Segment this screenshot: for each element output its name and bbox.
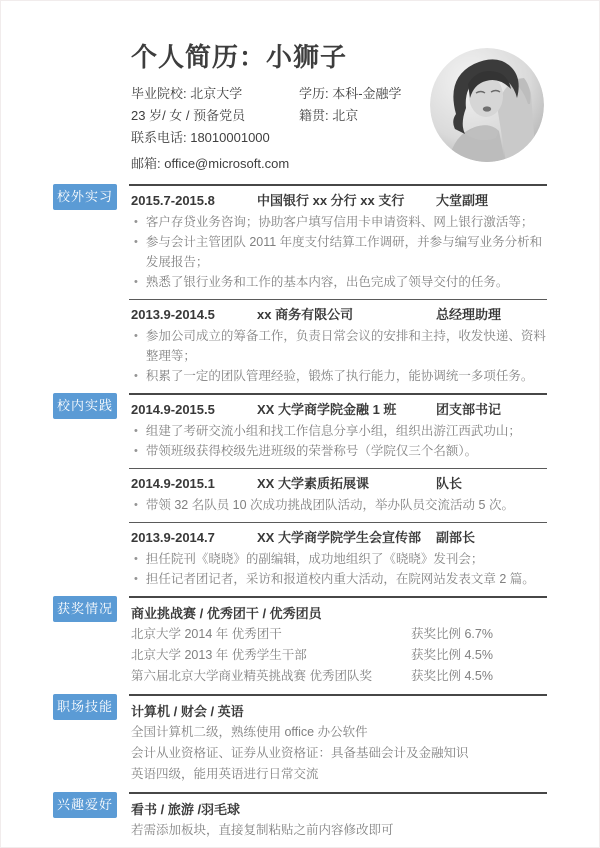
- bullet-text: 担任院刊《晓晓》的副编辑，成功地组织了《晓晓》发刊会；: [146, 549, 484, 569]
- award-ratio: 获奖比例 4.5%: [411, 645, 547, 666]
- bullet-item: •参与会计主管团队 2011 年度支付结算工作调研，并参与编写业务分析和发展报告…: [129, 232, 547, 272]
- section-content: 看书 / 旅游 /羽毛球若需添加板块，直接复制粘贴之前内容修改即可: [129, 792, 547, 848]
- info-row: 联系电话: 18010001000: [131, 127, 411, 149]
- section-sub-header: 看书 / 旅游 /羽毛球: [129, 800, 547, 820]
- bullet-item: •组建了考研交流小组和找工作信息分享小组，组织出游江西武功山；: [129, 421, 547, 441]
- section-label: 职场技能: [53, 694, 117, 720]
- section-sub-header: 商业挑战赛 / 优秀团干 / 优秀团员: [129, 604, 547, 624]
- bullet-dot: •: [134, 272, 138, 292]
- entry-bullet-list: •客户存贷业务咨询；协助客户填写信用卡申请资料、网上银行激活等；•参与会计主管团…: [129, 212, 547, 292]
- profile-photo: [430, 48, 544, 162]
- entry-bullet-list: •组建了考研交流小组和找工作信息分享小组，组织出游江西武功山；•带领班级获得校级…: [129, 421, 547, 461]
- entry-role: 副部长: [436, 528, 547, 548]
- section-label: 校外实习: [53, 184, 117, 210]
- bullet-item: •担任院刊《晓晓》的副编辑，成功地组织了《晓晓》发刊会；: [129, 549, 547, 569]
- award-name: 第六届北京大学商业精英挑战赛 优秀团队奖: [131, 666, 411, 687]
- section-校内实践: 校内实践2014.9-2015.5XX 大学商学院金融 1 班团支部书记•组建了…: [53, 393, 547, 596]
- entry-bullet-list: •担任院刊《晓晓》的副编辑，成功地组织了《晓晓》发刊会；•担任记者团记者，采访和…: [129, 549, 547, 589]
- bullet-text: 参加公司成立的筹备工作，负责日常会议的安排和主持，收发快递、资料整理等；: [146, 326, 547, 366]
- info-right-text: 学历: 本科-金融学: [299, 83, 402, 105]
- bullet-item: •带领 32 名队员 10 次成功挑战团队活动，举办队员交流活动 5 次。: [129, 495, 547, 515]
- entry-date: 2013.9-2014.5: [131, 305, 257, 325]
- bullet-dot: •: [134, 495, 138, 515]
- bullet-item: •担任记者团记者，采访和报道校内重大活动，在院网站发表文章 2 篇。: [129, 569, 547, 589]
- section-获奖情况: 获奖情况商业挑战赛 / 优秀团干 / 优秀团员北京大学 2014 年 优秀团干获…: [53, 596, 547, 694]
- resume-sections: 校外实习2015.7-2015.8中国银行 xx 分行 xx 支行大堂副理•客户…: [53, 184, 547, 848]
- bullet-dot: •: [134, 326, 138, 366]
- bullet-dot: •: [134, 421, 138, 441]
- entry-date: 2013.9-2014.7: [131, 528, 257, 548]
- entry-header: 2014.9-2015.5XX 大学商学院金融 1 班团支部书记: [129, 400, 547, 420]
- bullet-dot: •: [134, 366, 138, 386]
- bullet-dot: •: [134, 232, 138, 272]
- entry-organization: XX 大学商学院学生会宣传部: [257, 528, 436, 548]
- resume-page: 个人简历：小狮子 毕业院校: 北京大学学历: 本科-金融学23 岁/ 女 / 预…: [0, 0, 600, 848]
- section-sub-header: 计算机 / 财会 / 英语: [129, 702, 547, 722]
- section-content: 2014.9-2015.5XX 大学商学院金融 1 班团支部书记•组建了考研交流…: [129, 393, 547, 596]
- info-left-text: 毕业院校: 北京大学: [131, 83, 299, 105]
- section-label: 校内实践: [53, 393, 117, 419]
- section-content: 2015.7-2015.8中国银行 xx 分行 xx 支行大堂副理•客户存贷业务…: [129, 184, 547, 393]
- award-row: 北京大学 2013 年 优秀学生干部获奖比例 4.5%: [129, 645, 547, 666]
- entry-organization: XX 大学商学院金融 1 班: [257, 400, 436, 420]
- award-name: 北京大学 2014 年 优秀团干: [131, 624, 411, 645]
- section-职场技能: 职场技能计算机 / 财会 / 英语全国计算机二级，熟练使用 office 办公软…: [53, 694, 547, 792]
- bullet-text: 组建了考研交流小组和找工作信息分享小组，组织出游江西武功山；: [146, 421, 521, 441]
- bullet-text: 带领 32 名队员 10 次成功挑战团队活动，举办队员交流活动 5 次。: [146, 495, 514, 515]
- info-left-text: 邮箱: office@microsoft.com: [131, 153, 299, 175]
- award-row: 北京大学 2014 年 优秀团干获奖比例 6.7%: [129, 624, 547, 645]
- award-ratio: 获奖比例 6.7%: [411, 624, 547, 645]
- bullet-text: 担任记者团记者，采访和报道校内重大活动，在院网站发表文章 2 篇。: [146, 569, 535, 589]
- entry-divider: [129, 522, 547, 523]
- info-row: 毕业院校: 北京大学学历: 本科-金融学: [131, 83, 411, 105]
- bullet-item: •客户存贷业务咨询；协助客户填写信用卡申请资料、网上银行激活等；: [129, 212, 547, 232]
- bullet-text: 积累了一定的团队管理经验，锻炼了执行能力，能协调统一多项任务。: [146, 366, 534, 386]
- entry-divider: [129, 468, 547, 469]
- section-line: 会计从业资格证、证券从业资格证：具备基础会计及金融知识: [129, 743, 547, 764]
- entry-bullet-list: •带领 32 名队员 10 次成功挑战团队活动，举办队员交流活动 5 次。: [129, 495, 547, 515]
- portrait-photo-icon: [430, 48, 544, 162]
- section-校外实习: 校外实习2015.7-2015.8中国银行 xx 分行 xx 支行大堂副理•客户…: [53, 184, 547, 393]
- entry-role: 队长: [436, 474, 547, 494]
- entry-bullet-list: •参加公司成立的筹备工作，负责日常会议的安排和主持，收发快递、资料整理等；•积累…: [129, 326, 547, 386]
- info-left-text: 联系电话: 18010001000: [131, 127, 299, 149]
- bullet-item: •积累了一定的团队管理经验，锻炼了执行能力，能协调统一多项任务。: [129, 366, 547, 386]
- entry-header: 2013.9-2014.7XX 大学商学院学生会宣传部副部长: [129, 528, 547, 548]
- award-ratio: 获奖比例 4.5%: [411, 666, 547, 687]
- section-line: 英语四级，能用英语进行日常交流: [129, 764, 547, 785]
- entry-header: 2013.9-2014.5xx 商务有限公司总经理助理: [129, 305, 547, 325]
- section-content: 计算机 / 财会 / 英语全国计算机二级，熟练使用 office 办公软件会计从…: [129, 694, 547, 792]
- bullet-dot: •: [134, 569, 138, 589]
- section-content: 商业挑战赛 / 优秀团干 / 优秀团员北京大学 2014 年 优秀团干获奖比例 …: [129, 596, 547, 694]
- entry-role: 总经理助理: [436, 305, 547, 325]
- info-row: 邮箱: office@microsoft.com: [131, 153, 411, 175]
- award-name: 北京大学 2013 年 优秀学生干部: [131, 645, 411, 666]
- bullet-dot: •: [134, 441, 138, 461]
- bullet-text: 熟悉了银行业务和工作的基本内容，出色完成了领导交付的任务。: [146, 272, 509, 292]
- entry-role: 团支部书记: [436, 400, 547, 420]
- info-right-text: 籍贯: 北京: [299, 105, 358, 127]
- entry-header: 2014.9-2015.1XX 大学素质拓展课队长: [129, 474, 547, 494]
- section-line: 若需添加板块，直接复制粘贴之前内容修改即可: [129, 820, 547, 841]
- entry-date: 2015.7-2015.8: [131, 191, 257, 211]
- bullet-item: •熟悉了银行业务和工作的基本内容，出色完成了领导交付的任务。: [129, 272, 547, 292]
- entry-divider: [129, 299, 547, 300]
- bullet-dot: •: [134, 549, 138, 569]
- bullet-item: •带领班级获得校级先进班级的荣誉称号（学院仅三个名额）。: [129, 441, 547, 461]
- entry-organization: 中国银行 xx 分行 xx 支行: [257, 191, 436, 211]
- info-left-text: 23 岁/ 女 / 预备党员: [131, 105, 299, 127]
- info-row: 23 岁/ 女 / 预备党员籍贯: 北京: [131, 105, 411, 127]
- entry-organization: XX 大学素质拓展课: [257, 474, 436, 494]
- entry-date: 2014.9-2015.1: [131, 474, 257, 494]
- bullet-text: 客户存贷业务咨询；协助客户填写信用卡申请资料、网上银行激活等；: [146, 212, 534, 232]
- bullet-item: •参加公司成立的筹备工作，负责日常会议的安排和主持，收发快递、资料整理等；: [129, 326, 547, 366]
- page-title: 个人简历：小狮子: [131, 37, 347, 74]
- bullet-text: 带领班级获得校级先进班级的荣誉称号（学院仅三个名额）。: [146, 441, 477, 461]
- section-line: 全国计算机二级，熟练使用 office 办公软件: [129, 722, 547, 743]
- entry-role: 大堂副理: [436, 191, 547, 211]
- section-label: 获奖情况: [53, 596, 117, 622]
- section-label: 兴趣爱好: [53, 792, 117, 818]
- entry-organization: xx 商务有限公司: [257, 305, 436, 325]
- entry-header: 2015.7-2015.8中国银行 xx 分行 xx 支行大堂副理: [129, 191, 547, 211]
- bullet-text: 参与会计主管团队 2011 年度支付结算工作调研，并参与编写业务分析和发展报告；: [146, 232, 547, 272]
- section-兴趣爱好: 兴趣爱好看书 / 旅游 /羽毛球若需添加板块，直接复制粘贴之前内容修改即可: [53, 792, 547, 848]
- award-row: 第六届北京大学商业精英挑战赛 优秀团队奖获奖比例 4.5%: [129, 666, 547, 687]
- bullet-dot: •: [134, 212, 138, 232]
- entry-date: 2014.9-2015.5: [131, 400, 257, 420]
- personal-info: 毕业院校: 北京大学学历: 本科-金融学23 岁/ 女 / 预备党员籍贯: 北京…: [131, 83, 411, 175]
